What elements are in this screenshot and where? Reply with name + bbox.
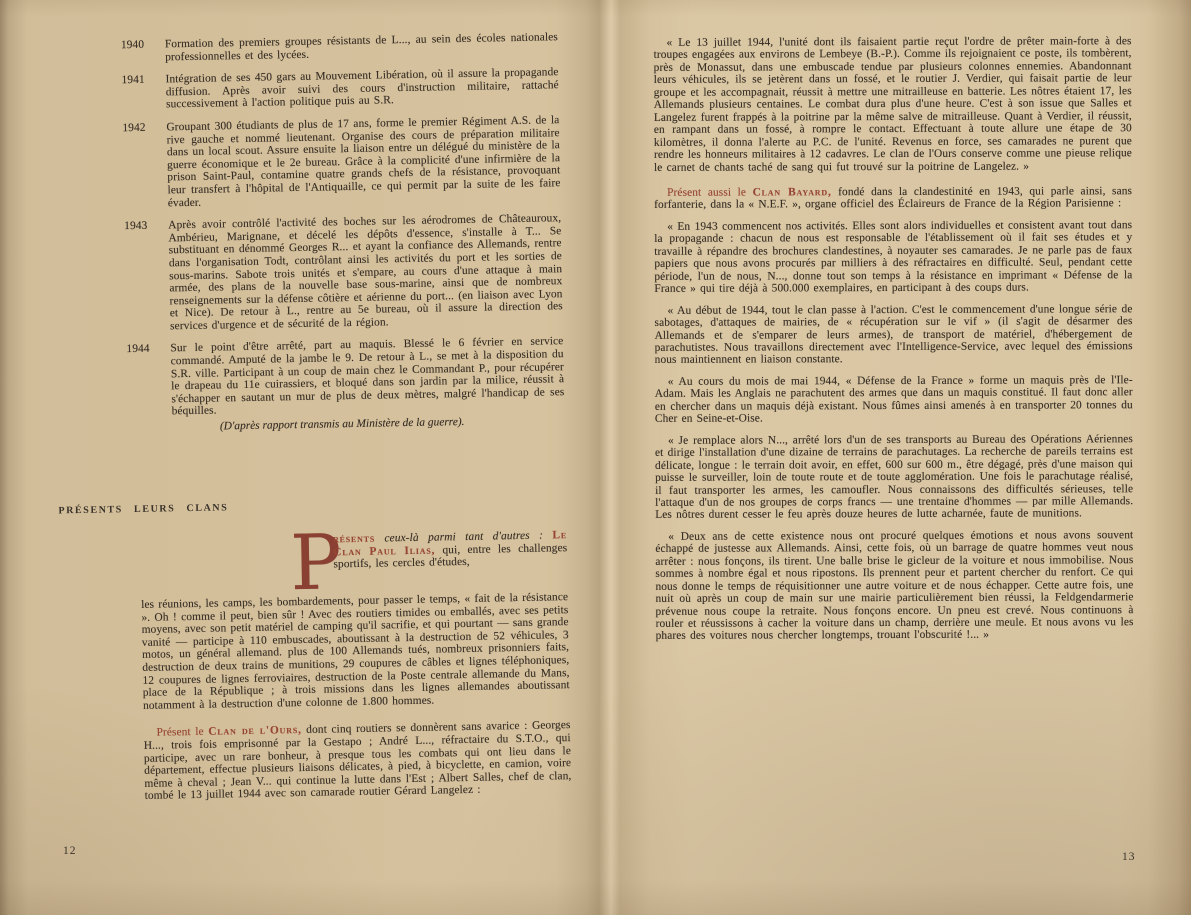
timeline-entry: 1940 Formation des premiers groupes rési…: [121, 31, 558, 64]
timeline-entry: 1944 Sur le point d'être arrêté, part au…: [126, 336, 564, 420]
timeline-year: 1941: [121, 74, 154, 112]
page-right-column: « Le 13 juillet 1944, l'unité dont ils f…: [654, 35, 1134, 652]
clan-bayard-paragraph: Présent aussi le Clan Bayard, fondé dans…: [654, 185, 1132, 212]
dropcap-opening: Présents ceux-là parmi tant d'autres : L…: [290, 529, 568, 594]
clan-ilias-body: les réunions, les camps, les bombardemen…: [141, 591, 570, 712]
timeline-text: Groupant 300 étudiants de plus de 17 ans…: [166, 114, 561, 209]
clan-name-ours: Clan de l'Ours,: [208, 724, 302, 738]
report-attribution: (D'après rapport transmis au Ministère d…: [220, 414, 565, 433]
timeline-text: Sur le point d'être arrêté, part au maqu…: [170, 336, 564, 419]
quote-paragraph-debut-1944: « Au début de 1944, tout le clan passe à…: [654, 303, 1132, 367]
page-number-left: 12: [63, 845, 77, 857]
clans-section: Présents ceux-là parmi tant d'autres : L…: [140, 529, 572, 803]
page-left: 1940 Formation des premiers groupes rési…: [0, 0, 619, 915]
timeline-text: Formation des premiers groupes résistant…: [165, 31, 558, 63]
timeline-year: 1943: [124, 220, 158, 334]
page-right: « Le 13 juillet 1944, l'unité dont ils f…: [653, 0, 1136, 915]
drop-cap-letter: P: [290, 534, 327, 593]
clan-name-bayard: Clan Bayard,: [753, 186, 832, 198]
book-spread: 1940 Formation des premiers groupes rési…: [0, 0, 1191, 915]
lead-word-presents: résents: [333, 533, 375, 546]
ours-lead: Présent le: [156, 726, 208, 739]
combat-account-paragraph: « Le 13 juillet 1944, l'unité dont ils f…: [654, 35, 1132, 174]
timeline-year: 1944: [126, 343, 159, 419]
timeline-text: Après avoir contrôlé l'activité des boch…: [168, 212, 563, 333]
quote-paragraph-1943: « En 1943 commencent nos activités. Elle…: [654, 219, 1132, 295]
timeline: 1940 Formation des premiers groupes rési…: [121, 31, 565, 435]
timeline-entry: 1942 Groupant 300 étudiants de plus de 1…: [122, 114, 561, 210]
timeline-entry: 1943 Après avoir contrôlé l'activité des…: [124, 212, 563, 333]
quote-paragraph-parachutages: « Je remplace alors N..., arrêté lors d'…: [655, 433, 1133, 522]
timeline-year: 1940: [121, 39, 153, 65]
clan-ours-paragraph: Présent le Clan de l'Ours, dont cinq rou…: [143, 719, 571, 802]
section-heading-presents-leurs-clans: PRÉSENTS LEURS CLANS: [58, 502, 228, 516]
page-number-right: 13: [1122, 851, 1136, 863]
quote-paragraph-mai-1944: « Au cours du mois de mai 1944, « Défens…: [655, 374, 1133, 425]
bayard-lead: Présent aussi le: [667, 186, 753, 198]
timeline-entry: 1941 Intégration de ses 450 gars au Mouv…: [121, 66, 559, 112]
quote-paragraph-deux-ans: « Deux ans de cette existence nous ont p…: [655, 529, 1133, 643]
timeline-text: Intégration de ses 450 gars au Mouvement…: [165, 66, 559, 111]
timeline-year: 1942: [122, 122, 156, 211]
